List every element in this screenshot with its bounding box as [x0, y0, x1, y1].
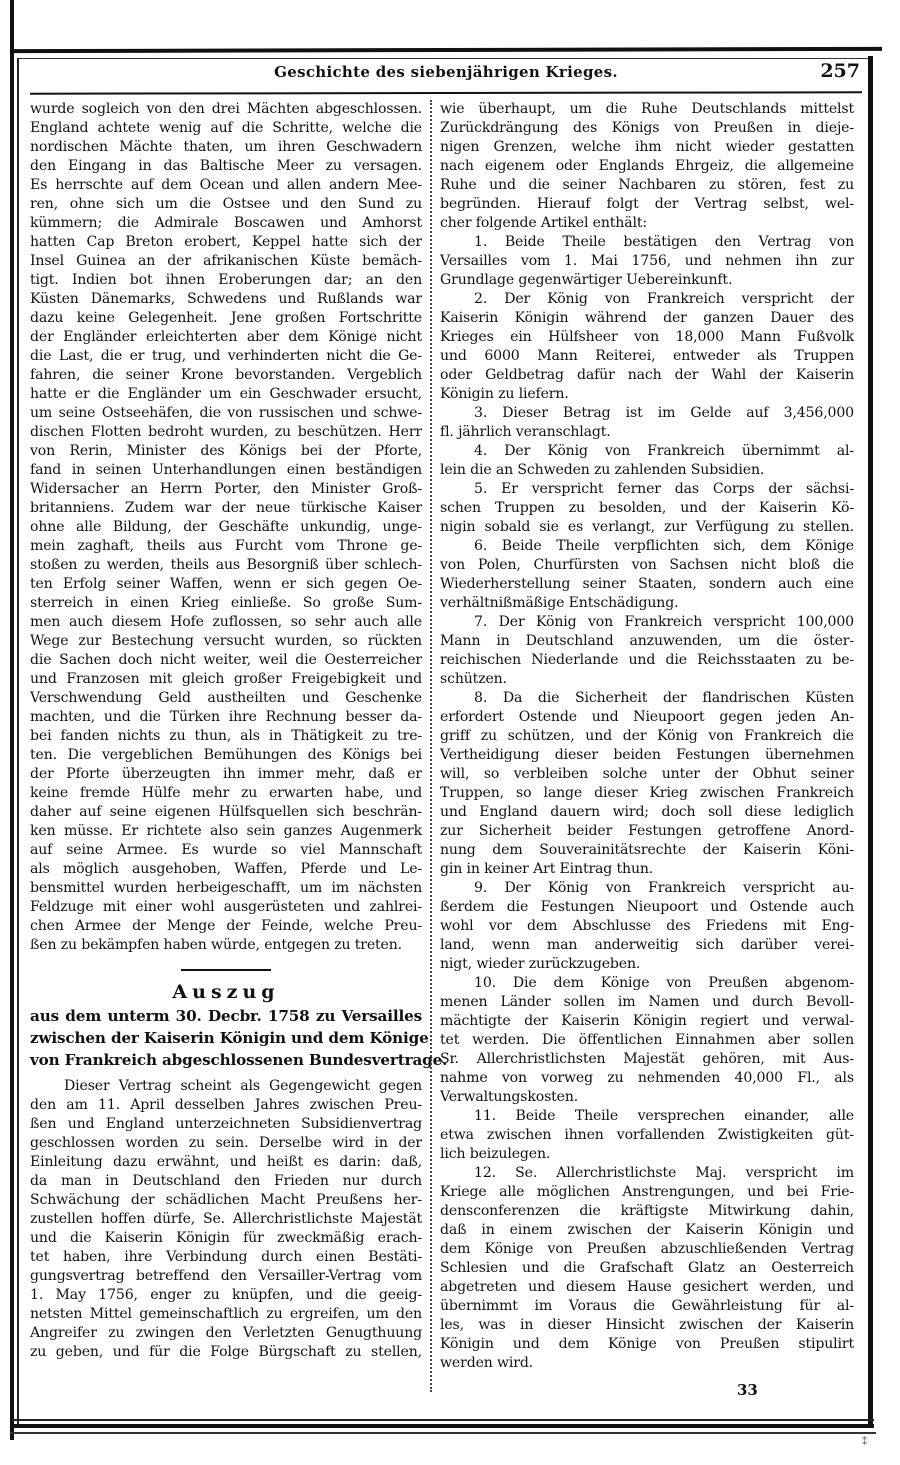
- section-subheading-line: aus dem unterm 30. Decbr. 1758 zu Versai…: [30, 1005, 422, 1027]
- article-start-line: 5. Er verspricht ferner das Corps der sä…: [440, 480, 854, 499]
- text-line: Krieges ein Hülfsheer von 18,000 Mann Fu…: [440, 328, 854, 347]
- text-line: Dieser Vertrag scheint als Gegengewicht …: [30, 1077, 422, 1096]
- text-line: ßen und England unterzeichneten Subsidie…: [30, 1115, 422, 1134]
- text-line: 1. May 1756, enger zu knüpfen, und die g…: [30, 1286, 422, 1305]
- text-line: zu geben, und für die Folge Bürgschaft z…: [30, 1343, 422, 1362]
- text-line: ßerdem die Festungen Nieupoort und Osten…: [440, 898, 854, 917]
- text-line: da man in Deutschland den Frieden nur du…: [30, 1172, 422, 1191]
- text-line: der Pforte überzeugten ihn immer mehr, d…: [30, 765, 422, 784]
- left-column: wurde sogleich von den drei Mächten abge…: [30, 100, 422, 1362]
- text-line: chen Armee der Menge der Feinde, welche …: [30, 917, 422, 936]
- text-line: bei fanden nichts zu thun, als in Thätig…: [30, 727, 422, 746]
- text-line: tigt. Indien bot ihnen Eroberungen dar; …: [30, 271, 422, 290]
- article-start-line: 8. Da die Sicherheit der flandrischen Kü…: [440, 689, 854, 708]
- text-line: gungsvertrag betreffend den Versailler-V…: [30, 1267, 422, 1286]
- text-line: nigin sobald sie es verlangt, zur Verfüg…: [440, 518, 854, 537]
- text-line: die Last, die er trug, und verhinderten …: [30, 347, 422, 366]
- section-subheading-line: zwischen der Kaiserin Königin und dem Kö…: [30, 1027, 422, 1049]
- text-line: sterreich in einen Krieg einließe. So gr…: [30, 594, 422, 613]
- text-line: nordischen Mächte thaten, um ihren Gesch…: [30, 138, 422, 157]
- text-line: geschlossen worden zu sein. Derselbe wir…: [30, 1134, 422, 1153]
- text-line: ten Erfolg seiner Waffen, wenn er sich g…: [30, 575, 422, 594]
- text-line: Kaiserin Königin während der ganzen Daue…: [440, 309, 854, 328]
- text-line: von Rerin, Minister des Königs bei der P…: [30, 442, 422, 461]
- page-frame-left-edge: [10, 0, 14, 1440]
- text-line: Verwaltungskosten.: [440, 1088, 854, 1107]
- text-line: Es herrschte auf dem Ocean und allen and…: [30, 176, 422, 195]
- text-line: fl. jährlich veranschlagt.: [440, 423, 854, 442]
- text-line: tet haben, ihre Verbindung durch einen B…: [30, 1248, 422, 1267]
- text-line: und Franzosen mit gleich großer Freigebi…: [30, 670, 422, 689]
- section-subheading-line: von Frankreich abgeschlossenen Bundesver…: [30, 1049, 422, 1071]
- text-line: fahren, die seiner Krone bevorstanden. V…: [30, 366, 422, 385]
- text-line: Truppen, so lange dieser Krieg zwischen …: [440, 784, 854, 803]
- text-line: schützen.: [440, 670, 854, 689]
- text-line: Mann in Deutschland anzuwenden, um die ö…: [440, 632, 854, 651]
- text-line: Königin und dem Könige von Preußen stipu…: [440, 1335, 854, 1354]
- text-line: Wiederherstellung seiner Staaten, sonder…: [440, 575, 854, 594]
- text-line: ten. Die vergeblichen Bemühungen des Kön…: [30, 746, 422, 765]
- text-line: land, wenn man anderweitig sich darüber …: [440, 936, 854, 955]
- text-line: hatten Cap Breton erobert, Keppel hatte …: [30, 233, 422, 252]
- book-page: Geschichte des siebenjährigen Krieges. 2…: [0, 0, 900, 1465]
- running-head-title: Geschichte des siebenjährigen Krieges.: [30, 63, 862, 81]
- text-line: Kriege alle möglichen Anstrengungen, und…: [440, 1183, 854, 1202]
- right-column: wie überhaupt, um die Ruhe Deutschlands …: [440, 100, 854, 1373]
- text-line: daß in einem zwischen der Kaiserin König…: [440, 1221, 854, 1240]
- text-line: les, was in dieser Hinsicht zwischen der…: [440, 1316, 854, 1335]
- text-line: um seine Ostseehäfen, die von russischen…: [30, 404, 422, 423]
- text-line: Ruhe und die seiner Nachbaren zu stören,…: [440, 176, 854, 195]
- text-line: und die Kaiserin Königin für zweckmäßig …: [30, 1229, 422, 1248]
- article-start-line: 9. Der König von Frankreich verspricht a…: [440, 879, 854, 898]
- text-line: Widersacher an Herrn Porter, den Ministe…: [30, 480, 422, 499]
- text-line: nigen Grenzen, welche ihm nicht wieder g…: [440, 138, 854, 157]
- text-line: will, so verbleiben solche unter der Obh…: [440, 765, 854, 784]
- text-line: tet werden. Die öffentlichen Einnahmen a…: [440, 1031, 854, 1050]
- text-line: densconferenzen die kräftigste Mitwirkun…: [440, 1202, 854, 1221]
- text-line: Versailles vom 1. Mai 1756, und nehmen i…: [440, 252, 854, 271]
- text-line: daher auf seine eigenen Hülfsquellen sic…: [30, 803, 422, 822]
- text-line: dischen Flotten bedroht wurden, zu besch…: [30, 423, 422, 442]
- running-head: Geschichte des siebenjährigen Krieges. 2…: [30, 60, 862, 88]
- text-line: erfordert Ostende und Nieupoort gegen je…: [440, 708, 854, 727]
- text-line: dem Könige von Preußen abzuschließenden …: [440, 1240, 854, 1259]
- text-line: Verschwendung Geld austheilten und Gesch…: [30, 689, 422, 708]
- text-line: begründen. Hierauf folgt der Vertrag sel…: [440, 195, 854, 214]
- text-line: kümmern; die Admirale Boscawen und Amhor…: [30, 214, 422, 233]
- text-line: verhältnißmäßige Entschädigung.: [440, 594, 854, 613]
- text-line: fand in seinen Unterhandlungen einen bes…: [30, 461, 422, 480]
- page-frame-bottom-rule: [12, 1419, 874, 1421]
- text-line: zustellen hoffen dürfe, Se. Allerchristl…: [30, 1210, 422, 1229]
- text-line: Einleitung dazu erwähnt, und heißt es da…: [30, 1153, 422, 1172]
- text-line: griff zu schützen, und der König von Fra…: [440, 727, 854, 746]
- text-line: britanniens. Zudem war der neue türkisch…: [30, 499, 422, 518]
- text-line: Grundlage gegenwärtiger Uebereinkunft.: [440, 271, 854, 290]
- text-line: Königin zu liefern.: [440, 385, 854, 404]
- text-line: als möglich ausgehoben, Waffen, Pferde u…: [30, 860, 422, 879]
- text-line: zur Sicherheit beider Festungen getroffe…: [440, 822, 854, 841]
- column-divider: [430, 100, 433, 1392]
- text-line: nach eigenem oder Englands Ehrgeiz, die …: [440, 157, 854, 176]
- text-line: gin in keiner Art Eintrag thun.: [440, 860, 854, 879]
- text-line: Schwächung der schädlichen Macht Preußen…: [30, 1191, 422, 1210]
- page-frame-bottom-rule-outer: [10, 1432, 876, 1434]
- text-line: der Engländer erleichterten aber dem Kön…: [30, 328, 422, 347]
- text-line: den Eingang in das Baltische Meer zu ver…: [30, 157, 422, 176]
- article-start-line: 6. Beide Theile verpflichten sich, dem K…: [440, 537, 854, 556]
- page-frame-bottom-rule-thick: [12, 1424, 874, 1428]
- section-separator-rule: [181, 969, 271, 971]
- article-start-line: 4. Der König von Frankreich übernimmt al…: [440, 442, 854, 461]
- signature-mark: 33: [737, 1381, 758, 1399]
- text-line: lein die an Schweden zu zahlenden Subsid…: [440, 461, 854, 480]
- article-start-line: 2. Der König von Frankreich verspricht d…: [440, 290, 854, 309]
- text-line: und England dauern wird; doch soll diese…: [440, 803, 854, 822]
- text-line: schen Truppen zu besolden, und der Kaise…: [440, 499, 854, 518]
- text-line: auf seine Armee. Es wurde so viel Mannsc…: [30, 841, 422, 860]
- text-line: men auch diesem Hofe zuflossen, so sehr …: [30, 613, 422, 632]
- article-start-line: 11. Beide Theile versprechen einander, a…: [440, 1107, 854, 1126]
- text-line: Schlesien und die Grafschaft Glatz an Oe…: [440, 1259, 854, 1278]
- article-start-line: 3. Dieser Betrag ist im Gelde auf 3,456,…: [440, 404, 854, 423]
- article-start-line: 12. Se. Allerchristlichste Maj. verspric…: [440, 1164, 854, 1183]
- text-line: etwa zwischen ihnen vorfallenden Zwistig…: [440, 1126, 854, 1145]
- text-line: Insel Guinea an der afrikanischen Küste …: [30, 252, 422, 271]
- section-heading: Auszug: [30, 979, 422, 1005]
- text-line: wie überhaupt, um die Ruhe Deutschlands …: [440, 100, 854, 119]
- text-line: wohl vor dem Abschlusse des Friedens mit…: [440, 917, 854, 936]
- text-line: cher folgende Artikel enthält:: [440, 214, 854, 233]
- text-line: netsten Mittel gemeinschaftlich zu ergre…: [30, 1305, 422, 1324]
- text-line: übernimmt im Voraus die Gewährleistung f…: [440, 1297, 854, 1316]
- text-line: keine fremde Hülfe mehr zu erwarten habe…: [30, 784, 422, 803]
- text-line: machten, und die Türken ihre Rechnung be…: [30, 708, 422, 727]
- text-line: Sr. Allerchristlichsten Majestät gehören…: [440, 1050, 854, 1069]
- text-line: nigt, wieder zurückzugeben.: [440, 955, 854, 974]
- text-line: dazu keine Gelegenheit. Jene großen Fort…: [30, 309, 422, 328]
- text-line: ken müsse. Er richtete also sein ganzes …: [30, 822, 422, 841]
- text-line: Küsten Dänemarks, Schwedens und Rußlands…: [30, 290, 422, 309]
- text-line: die Sachen doch nicht weiter, weil die O…: [30, 651, 422, 670]
- text-line: Angreifer zu zwingen den Verletzten Genu…: [30, 1324, 422, 1343]
- text-line: stoßen zu werden, theils aus Besorgniß ü…: [30, 556, 422, 575]
- page-frame-right-edge: [868, 56, 873, 1424]
- text-line: England achtete wenig auf die Schritte, …: [30, 119, 422, 138]
- print-speck: ⁑: [862, 1437, 867, 1448]
- text-line: ren, ohne sich um die Ostsee und den Sun…: [30, 195, 422, 214]
- print-speck: ˈ: [606, 70, 609, 81]
- text-line: mein zaghaft, theils aus Furcht vom Thro…: [30, 537, 422, 556]
- text-line: hatte er die Engländer um ein Geschwader…: [30, 385, 422, 404]
- article-start-line: 7. Der König von Frankreich verspricht 1…: [440, 613, 854, 632]
- text-line: werden wird.: [440, 1354, 854, 1373]
- text-line: ßen zu bekämpfen haben würde, entgegen z…: [30, 936, 422, 955]
- text-line: nung dem Souverainitätsrechte der Kaiser…: [440, 841, 854, 860]
- text-line: Wege zur Bestechung versucht wurden, so …: [30, 632, 422, 651]
- page-number: 257: [820, 60, 860, 82]
- text-line: reichischen Niederlande und die Reichsst…: [440, 651, 854, 670]
- text-line: menen Länder sollen im Namen und durch B…: [440, 993, 854, 1012]
- text-line: oder Geldbetrag dafür nach der Wahl der …: [440, 366, 854, 385]
- text-line: von Polen, Churfürsten von Sachsen nicht…: [440, 556, 854, 575]
- text-line: nahme von vorweg zu nehmenden 40,000 Fl.…: [440, 1069, 854, 1088]
- text-line: mächtigte der Kaiserin Königin regiert u…: [440, 1012, 854, 1031]
- text-line: bensmittel wurden herbeigeschafft, um im…: [30, 879, 422, 898]
- text-line: Feldzuge mit einer wohl ausgerüsteten un…: [30, 898, 422, 917]
- text-line: lich beizulegen.: [440, 1145, 854, 1164]
- text-line: und 6000 Mann Reiterei, entweder als Tru…: [440, 347, 854, 366]
- text-line: Vertheidigung dieser beiden Festungen üb…: [440, 746, 854, 765]
- text-line: den am 11. April desselben Jahres zwisch…: [30, 1096, 422, 1115]
- text-line: Zurückdrängung des Königs von Preußen in…: [440, 119, 854, 138]
- article-start-line: 1. Beide Theile bestätigen den Vertrag v…: [440, 233, 854, 252]
- text-line: wurde sogleich von den drei Mächten abge…: [30, 100, 422, 119]
- page-frame-top-rule: [12, 47, 882, 53]
- text-line: ohne alle Bildung, der Geschäfte unkundi…: [30, 518, 422, 537]
- text-line: abgetreten und diesem Hause gesichert we…: [440, 1278, 854, 1297]
- article-start-line: 10. Die dem Könige von Preußen abgenom-: [440, 974, 854, 993]
